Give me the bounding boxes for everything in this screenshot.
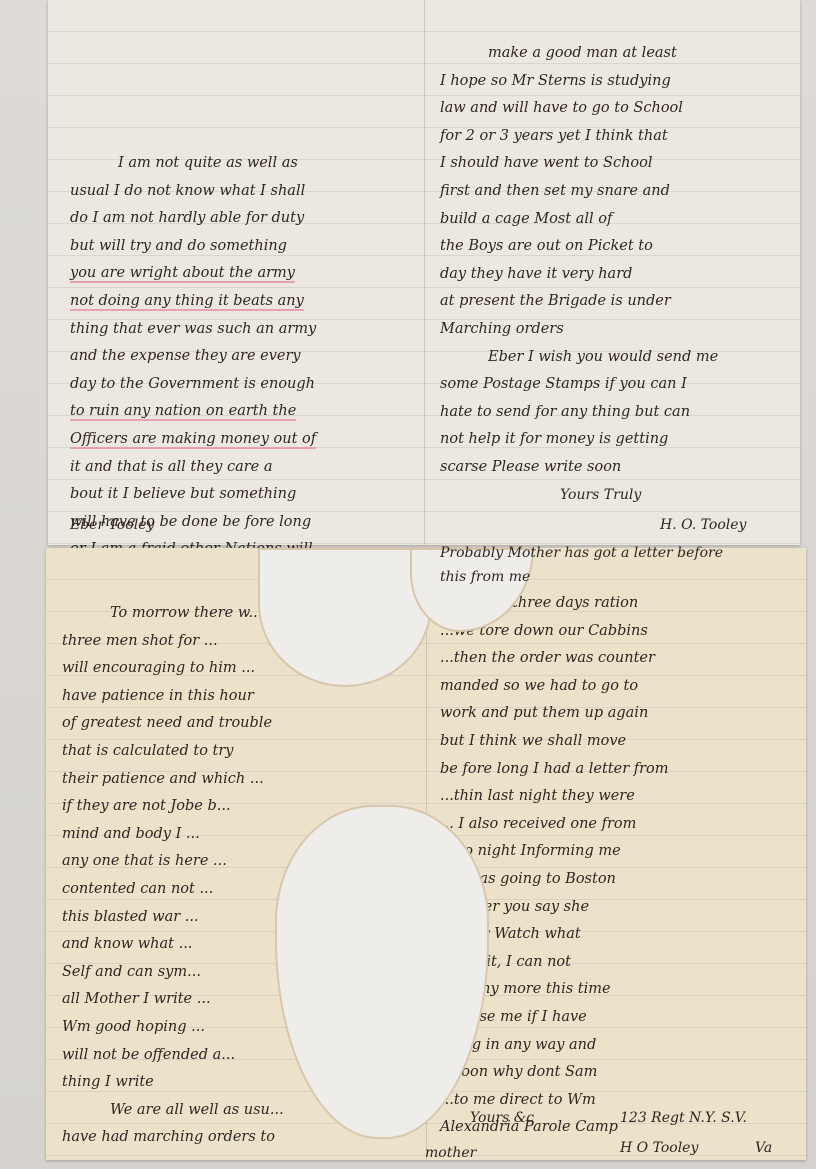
handwritten-line: any one that is here ...	[62, 848, 284, 876]
handwritten-line: ...soon why dont Sam	[440, 1059, 669, 1087]
address-regiment: 123 Regt N.Y. S.V.	[620, 1105, 747, 1133]
handwritten-line: not help it for money is getting	[440, 426, 718, 454]
signature-bottom: H O Tooley	[620, 1135, 698, 1163]
handwritten-line: ...thin last night they were	[440, 783, 669, 811]
handwritten-line: To morrow there w...	[62, 600, 284, 628]
handwritten-line: thing I write	[62, 1069, 284, 1097]
handwritten-line: usual I do not know what I shall	[70, 178, 316, 206]
closing-yours: Yours &c	[470, 1105, 534, 1133]
handwritten-line: some Postage Stamps if you can I	[440, 371, 718, 399]
handwritten-line: will not be offended a...	[62, 1042, 284, 1070]
handwritten-line: their patience and which ...	[62, 766, 284, 794]
handwritten-line: Officers are making money out of	[70, 426, 316, 454]
handwritten-line: that is calculated to try	[62, 738, 284, 766]
handwritten-line: have patience in this hour	[62, 683, 284, 711]
handwritten-line: the Boys are out on Picket to	[440, 233, 718, 261]
handwritten-line: if they are not Jobe b...	[62, 793, 284, 821]
handwritten-line: Marching orders	[440, 316, 718, 344]
postscript-line: this from me	[440, 564, 530, 592]
handwritten-line: three men shot for ...	[62, 628, 284, 656]
handwritten-line: Self and can sym...	[62, 959, 284, 987]
handwritten-line: make a good man at least	[440, 40, 718, 68]
handwritten-line: scarse Please write soon	[440, 454, 718, 482]
handwritten-line: be fore long I had a letter from	[440, 756, 669, 784]
address-state: Va	[755, 1135, 772, 1163]
handwritten-line: I should have went to School	[440, 150, 718, 178]
handwritten-line: bout it I believe but something	[70, 481, 316, 509]
handwritten-line: at present the Brigade is under	[440, 288, 718, 316]
handwritten-line: contented can not ...	[62, 876, 284, 904]
handwritten-line: not doing any thing it beats any	[70, 288, 316, 316]
handwritten-line: day to the Government is enough	[70, 371, 316, 399]
handwritten-line: you are wright about the army	[70, 260, 316, 288]
bottom-left-column: To morrow there w...three men shot for .…	[62, 600, 284, 1152]
addressee-eber: Eber Tooley	[70, 512, 154, 540]
handwritten-line: this blasted war ...	[62, 904, 284, 932]
handwritten-line: mind and body I ...	[62, 821, 284, 849]
handwritten-line: to ruin any nation on earth the	[70, 398, 316, 426]
closing-yours-truly: Yours Truly	[560, 482, 641, 510]
handwritten-line: work and put them up again	[440, 700, 669, 728]
top-right-column: make a good man at leastI hope so Mr Ste…	[440, 40, 718, 482]
handwritten-line: all Mother I write ...	[62, 986, 284, 1014]
handwritten-line: of greatest need and trouble	[62, 710, 284, 738]
handwritten-line: manded so we had to go to	[440, 673, 669, 701]
fold-crease	[424, 0, 425, 545]
handwritten-line: and know what ...	[62, 931, 284, 959]
handwritten-line: I hope so Mr Sterns is studying	[440, 68, 718, 96]
handwritten-line: but I think we shall move	[440, 728, 669, 756]
handwritten-line: Wm good hoping ...	[62, 1014, 284, 1042]
handwritten-line: We are all well as usu...	[62, 1097, 284, 1125]
handwritten-line: and the expense they are every	[70, 343, 316, 371]
handwritten-line: but will try and do something	[70, 233, 316, 261]
salutation-fragment: mother	[425, 1140, 476, 1168]
handwritten-line: do I am not hardly able for duty	[70, 205, 316, 233]
handwritten-line: thing that ever was such an army	[70, 316, 316, 344]
handwritten-line: build a cage Most all of	[440, 206, 718, 234]
signature-top: H. O. Tooley	[660, 512, 746, 540]
handwritten-line: law and will have to go to School	[440, 95, 718, 123]
handwritten-line: Eber I wish you would send me	[440, 344, 718, 372]
handwritten-line: ... I also received one from	[440, 811, 669, 839]
handwritten-line: will encouraging to him ...	[62, 655, 284, 683]
handwritten-line: have had marching orders to	[62, 1124, 284, 1152]
handwritten-line: day they have it very hard	[440, 261, 718, 289]
handwritten-line: first and then set my snare and	[440, 178, 718, 206]
handwritten-line: it and that is all they care a	[70, 454, 316, 482]
handwritten-line: hate to send for any thing but can	[440, 399, 718, 427]
handwritten-line: for 2 or 3 years yet I think that	[440, 123, 718, 151]
handwritten-line: ...then the order was counter	[440, 645, 669, 673]
handwritten-line: I am not quite as well as	[70, 150, 316, 178]
